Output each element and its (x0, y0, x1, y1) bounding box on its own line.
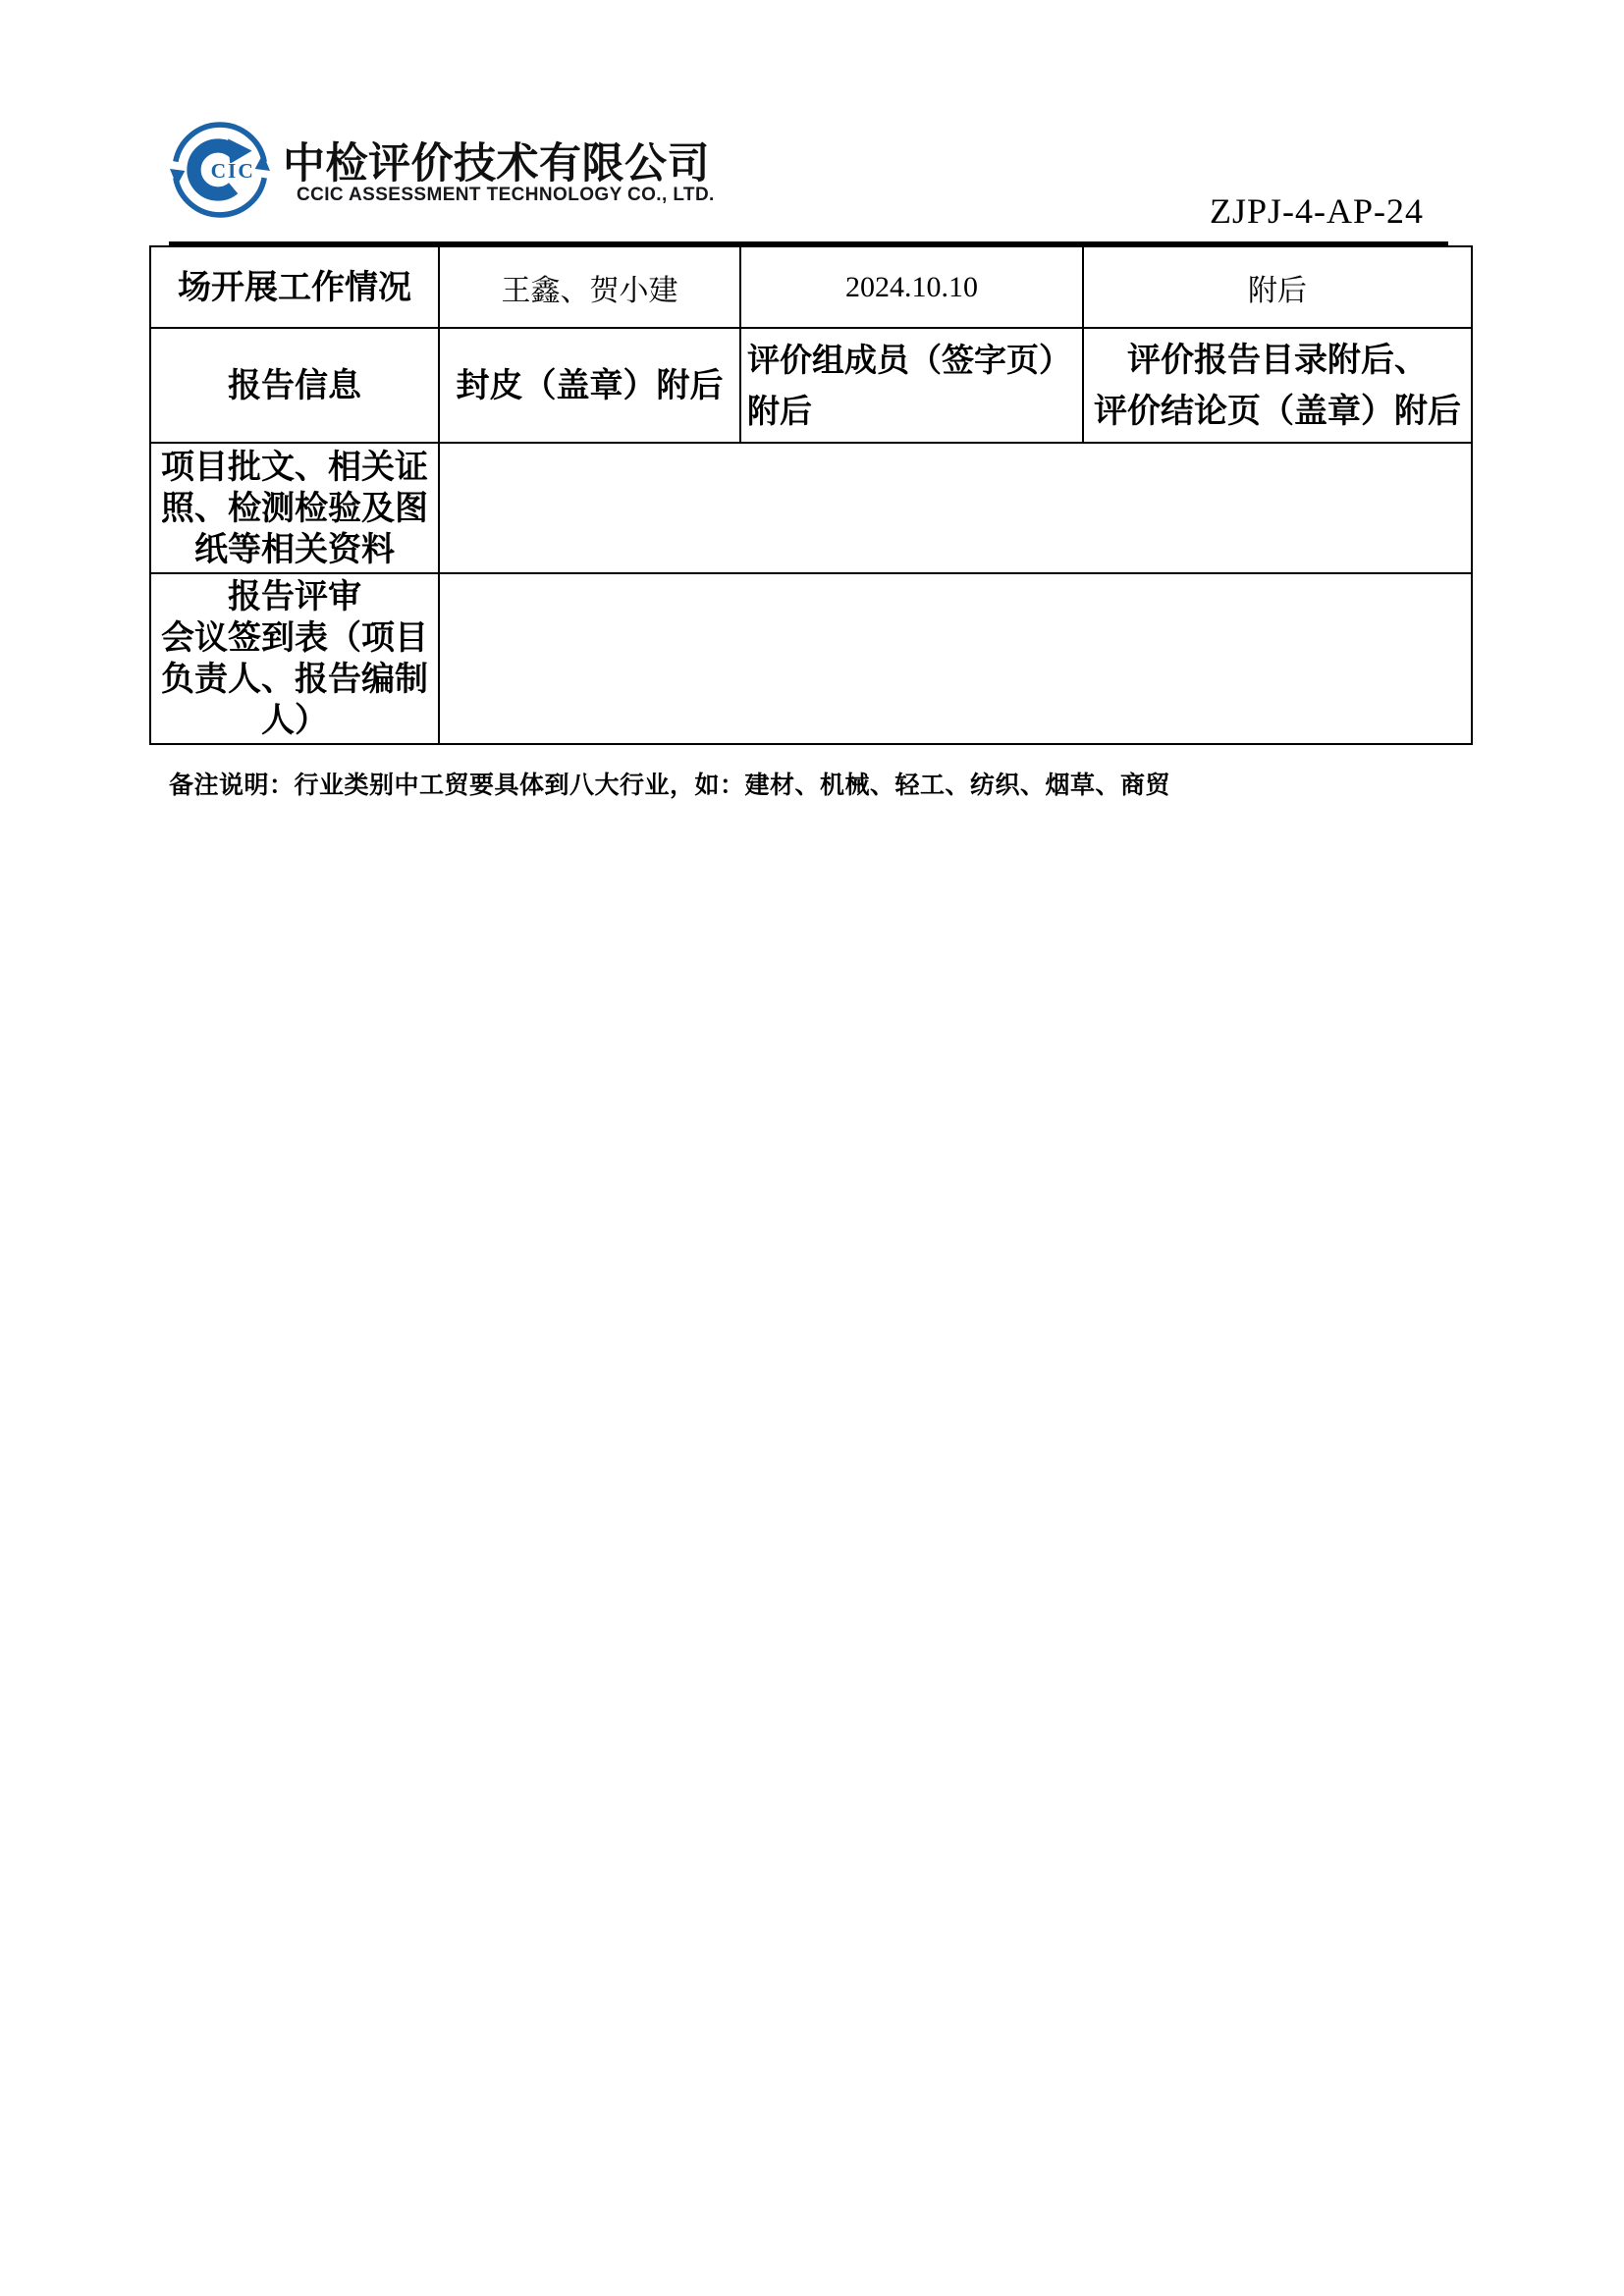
company-name-cn: 中检评价技术有限公司 (283, 131, 710, 190)
row-label-report-info: 报告信息 (150, 328, 439, 443)
empty-cell-project-documents (439, 443, 1472, 573)
cic-logo-icon: CIC (170, 120, 270, 220)
company-name-en: CCIC ASSESSMENT TECHNOLOGY CO., LTD. (297, 185, 715, 206)
page: CIC 中检评价技术有限公司 CCIC ASSESSMENT TECHNOLOG… (0, 0, 1624, 2296)
table-row: 项目批文、相关证 照、检测检验及图 纸等相关资料 (150, 443, 1472, 573)
table-row: 报告信息 封皮（盖章）附后 评价组成员（签字页） 附后 评价报告目录附后、 评价… (150, 328, 1472, 443)
doc-code: ZJPJ-4-AP-24 (1210, 190, 1424, 232)
empty-cell-review-signin (439, 573, 1472, 744)
cell-attached: 附后 (1083, 246, 1472, 328)
cell-report-catalog: 评价报告目录附后、 评价结论页（盖章）附后 (1083, 328, 1472, 443)
cell-date: 2024.10.10 (740, 246, 1083, 328)
row-label-review-signin: 报告评审 会议签到表（项目 负责人、报告编制 人） (150, 573, 439, 744)
row-label-work-status: 场开展工作情况 (150, 246, 439, 328)
logo-arrow-tip-right (255, 154, 270, 171)
cell-cover: 封皮（盖章）附后 (439, 328, 740, 443)
cell-team-signature: 评价组成员（签字页） 附后 (740, 328, 1083, 443)
footnote: 备注说明：行业类别中工贸要具体到八大行业，如：建材、机械、轻工、纺织、烟草、商贸 (169, 766, 1170, 801)
table-row: 场开展工作情况 王鑫、贺小建 2024.10.10 附后 (150, 246, 1472, 328)
logo-cic-text: CIC (211, 159, 255, 183)
logo-arrow-tip-left (170, 169, 185, 186)
cell-personnel: 王鑫、贺小建 (439, 246, 740, 328)
work-status-table: 场开展工作情况 王鑫、贺小建 2024.10.10 附后 报告信息 封皮（盖章）… (149, 245, 1473, 745)
table-row: 报告评审 会议签到表（项目 负责人、报告编制 人） (150, 573, 1472, 744)
row-label-project-documents: 项目批文、相关证 照、检测检验及图 纸等相关资料 (150, 443, 439, 573)
